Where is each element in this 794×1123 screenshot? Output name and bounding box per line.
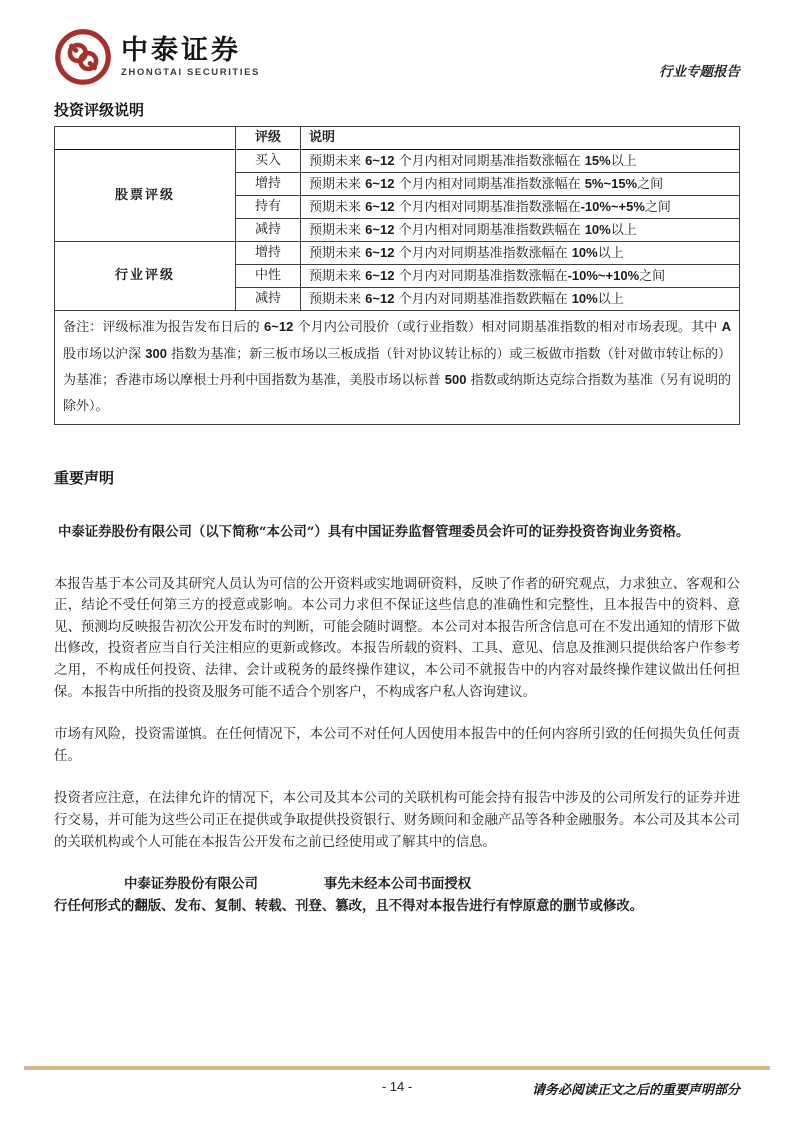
rating-section-title: 投资评级说明 xyxy=(54,99,740,120)
page-header: 中泰证券 ZHONGTAI SECURITIES 行业专题报告 xyxy=(54,22,740,86)
rating-header-rating: 评级 xyxy=(236,127,301,150)
rating-table: 评级 说明 股票评级买入预期未来 6~12 个月内相对同期基准指数涨幅在 15%… xyxy=(54,126,740,425)
logo-text: 中泰证券 ZHONGTAI SECURITIES xyxy=(121,37,260,78)
rating-row: 行业评级增持预期未来 6~12 个月内对同期基准指数涨幅在 10%以上 xyxy=(55,242,740,265)
rating-desc-cell: 预期未来 6~12 个月内对同期基准指数涨幅在 10%以上 xyxy=(301,242,740,265)
rating-group-label: 股票评级 xyxy=(55,150,236,242)
rating-desc-cell: 预期未来 6~12 个月内相对同期基准指数涨幅在 15%以上 xyxy=(301,150,740,173)
rating-cell: 增持 xyxy=(236,242,301,265)
logo-name-en: ZHONGTAI SECURITIES xyxy=(121,68,260,78)
rating-header-desc: 说明 xyxy=(301,127,740,150)
report-page: 中泰证券 ZHONGTAI SECURITIES 行业专题报告 投资评级说明 评… xyxy=(0,0,794,1123)
rating-cell: 减持 xyxy=(236,288,301,311)
rating-desc-cell: 预期未来 6~12 个月内相对同期基准指数涨幅在-10%~+5%之间 xyxy=(301,196,740,219)
rating-table-header-row: 评级 说明 xyxy=(55,127,740,150)
zhongtai-logo: 中泰证券 ZHONGTAI SECURITIES xyxy=(54,28,260,86)
footer-row: - 14 - 请务必阅读正文之后的重要声明部分 xyxy=(54,1079,740,1097)
logo-name-cn: 中泰证券 xyxy=(121,37,260,64)
statement-section: 重要声明 中泰证券股份有限公司（以下简称“本公司”）具有中国证券监督管理委员会许… xyxy=(54,467,740,917)
rating-table-body: 评级 说明 股票评级买入预期未来 6~12 个月内相对同期基准指数涨幅在 15%… xyxy=(55,127,740,425)
copyright-authorization: 事先未经本公司书面授权 xyxy=(324,876,471,892)
footer-notice: 请务必阅读正文之后的重要声明部分 xyxy=(532,1079,740,1098)
report-type-label: 行业专题报告 xyxy=(659,60,740,80)
copyright-company: 中泰证券股份有限公司 xyxy=(124,876,258,892)
rating-desc-cell: 预期未来 6~12 个月内对同期基准指数涨幅在-10%~+10%之间 xyxy=(301,265,740,288)
statement-section-title: 重要声明 xyxy=(54,467,740,488)
rating-cell: 持有 xyxy=(236,196,301,219)
rating-desc-cell: 预期未来 6~12 个月内相对同期基准指数跌幅在 10%以上 xyxy=(301,219,740,242)
rating-cell: 买入 xyxy=(236,150,301,173)
statement-paragraph-3: 投资者应注意，在法律允许的情况下，本公司及其本公司的关联机构可能会持有报告中涉及… xyxy=(54,788,740,853)
footer-divider-line xyxy=(24,1066,770,1070)
rating-cell: 中性 xyxy=(236,265,301,288)
copyright-line-2: 行任何形式的翻版、发布、复制、转载、刊登、篡改，且不得对本报告进行有悖原意的删节… xyxy=(54,896,740,918)
rating-note-row: 备注：评级标准为报告发布日后的 6~12 个月内公司股价（或行业指数）相对同期基… xyxy=(55,311,740,425)
statement-paragraph-1: 本报告基于本公司及其研究人员认为可信的公开资料或实地调研资料，反映了作者的研究观… xyxy=(54,574,740,704)
rating-header-empty-cell xyxy=(55,127,236,150)
rating-note: 备注：评级标准为报告发布日后的 6~12 个月内公司股价（或行业指数）相对同期基… xyxy=(55,311,740,425)
page-footer: - 14 - 请务必阅读正文之后的重要声明部分 xyxy=(54,1066,740,1097)
rating-cell: 减持 xyxy=(236,219,301,242)
statement-intro: 中泰证券股份有限公司（以下简称“本公司”）具有中国证券监督管理委员会许可的证券投… xyxy=(54,522,740,544)
rating-group-label: 行业评级 xyxy=(55,242,236,311)
zhongtai-logo-icon xyxy=(54,28,112,86)
rating-row: 股票评级买入预期未来 6~12 个月内相对同期基准指数涨幅在 15%以上 xyxy=(55,150,740,173)
rating-cell: 增持 xyxy=(236,173,301,196)
copyright-line-1: 中泰证券股份有限公司事先未经本公司书面授权 xyxy=(54,874,740,896)
rating-desc-cell: 预期未来 6~12 个月内对同期基准指数跌幅在 10%以上 xyxy=(301,288,740,311)
rating-desc-cell: 预期未来 6~12 个月内相对同期基准指数涨幅在 5%~15%之间 xyxy=(301,173,740,196)
copyright-block: 中泰证券股份有限公司事先未经本公司书面授权 行任何形式的翻版、发布、复制、转载、… xyxy=(54,874,740,917)
statement-paragraph-2: 市场有风险，投资需谨慎。在任何情况下，本公司不对任何人因使用本报告中的任何内容所… xyxy=(54,724,740,767)
rating-section: 投资评级说明 评级 说明 股票评级买入预期未来 6~12 个月内相对同期基准指数… xyxy=(54,86,740,425)
